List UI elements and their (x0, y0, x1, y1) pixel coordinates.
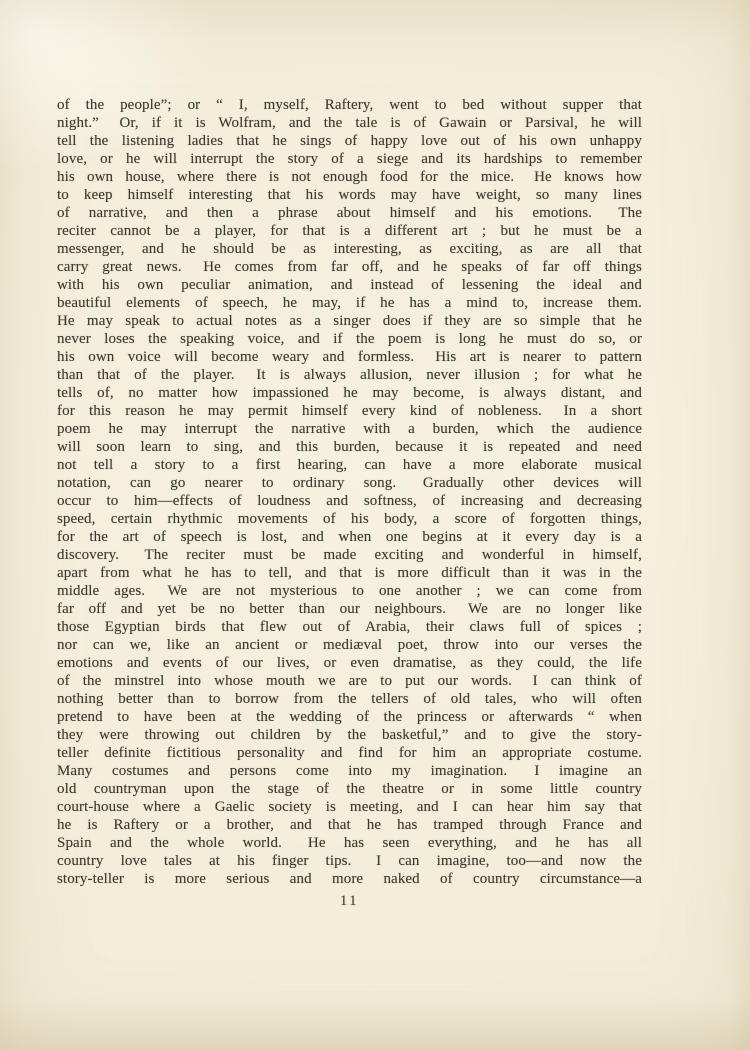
text-line: pretend to have been at the wedding of t… (57, 708, 642, 726)
text-line: story-teller is more serious and more na… (57, 870, 642, 888)
text-line: beautiful elements of speech, he may, if… (57, 294, 642, 312)
text-line: of narrative, and then a phrase about hi… (57, 204, 642, 222)
text-line: apart from what he has to tell, and that… (57, 564, 642, 582)
text-line: will soon learn to sing, and this burden… (57, 438, 642, 456)
text-line: tell the listening ladies that he sings … (57, 132, 642, 150)
text-line: poem he may interrupt the narrative with… (57, 420, 642, 438)
text-line: far off and yet be no better than our ne… (57, 600, 642, 618)
text-line: his own house, where there is not enough… (57, 168, 642, 186)
text-line: they were throwing out children by the b… (57, 726, 642, 744)
text-line: old countryman upon the stage of the the… (57, 780, 642, 798)
text-line: for this reason he may permit himself ev… (57, 402, 642, 420)
text-line: He may speak to actual notes as a singer… (57, 312, 642, 330)
text-line: nothing better than to borrow from the t… (57, 690, 642, 708)
text-line: reciter cannot be a player, for that is … (57, 222, 642, 240)
text-line: never loses the speaking voice, and if t… (57, 330, 642, 348)
text-line: discovery. The reciter must be made exci… (57, 546, 642, 564)
text-line: for the art of speech is lost, and when … (57, 528, 642, 546)
text-line: emotions and events of our lives, or eve… (57, 654, 642, 672)
book-page-scan: of the people”; or “ I, myself, Raftery,… (0, 0, 750, 1050)
text-line: notation, can go nearer to ordinary song… (57, 474, 642, 492)
text-line: of the minstrel into whose mouth we are … (57, 672, 642, 690)
text-line: teller definite fictitious personality a… (57, 744, 642, 762)
text-line: nor can we, like an ancient or mediæval … (57, 636, 642, 654)
text-line: Many costumes and persons come into my i… (57, 762, 642, 780)
text-line: love, or he will interrupt the story of … (57, 150, 642, 168)
text-line: Spain and the whole world. He has seen e… (57, 834, 642, 852)
text-line: his own voice will become weary and form… (57, 348, 642, 366)
text-line: middle ages. We are not mysterious to on… (57, 582, 642, 600)
text-line: he is Raftery or a brother, and that he … (57, 816, 642, 834)
text-line: tells of, no matter how impassioned he m… (57, 384, 642, 402)
text-line: night.” Or, if it is Wolfram, and the ta… (57, 114, 642, 132)
text-line: of the people”; or “ I, myself, Raftery,… (57, 96, 642, 114)
page-text-block: of the people”; or “ I, myself, Raftery,… (57, 96, 642, 888)
text-line: not tell a story to a first hearing, can… (57, 456, 642, 474)
text-line: country love tales at his finger tips. I… (57, 852, 642, 870)
text-line: with his own peculiar animation, and ins… (57, 276, 642, 294)
text-line: carry great news. He comes from far off,… (57, 258, 642, 276)
text-line: speed, certain rhythmic movements of his… (57, 510, 642, 528)
text-line: court-house where a Gaelic society is me… (57, 798, 642, 816)
text-line: those Egyptian birds that flew out of Ar… (57, 618, 642, 636)
text-line: to keep himself interesting that his wor… (57, 186, 642, 204)
page-number: 11 (57, 893, 642, 910)
text-line: occur to him—effects of loudness and sof… (57, 492, 642, 510)
text-line: messenger, and he should be as interesti… (57, 240, 642, 258)
text-line: than that of the player. It is always al… (57, 366, 642, 384)
